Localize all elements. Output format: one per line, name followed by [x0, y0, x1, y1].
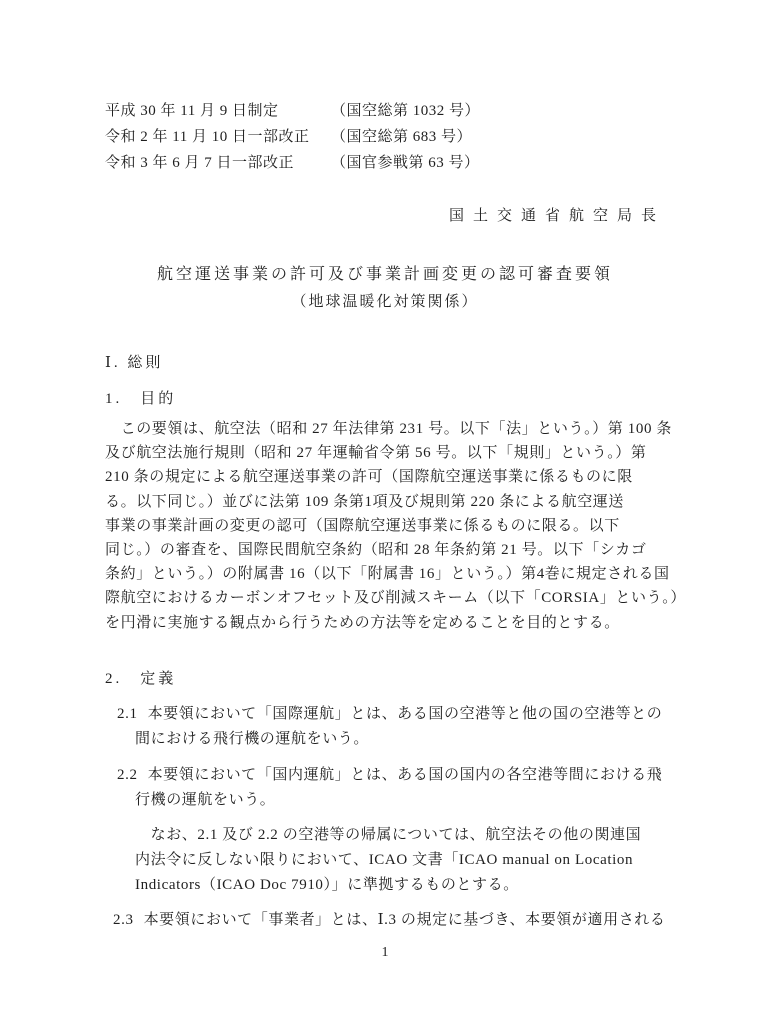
revision-header: 平成 30 年 11 月 9 日制定 （国空総第 1032 号） 令和 2 年 …: [105, 98, 665, 176]
revision-date: 令和 3 年 6 月 7 日一部改正: [105, 150, 331, 176]
definition-line: 間における飛行機の運航をいう。: [117, 727, 665, 752]
definition-text: 本要領において「事業者」とは、Ⅰ.3 の規定に基づき、本要領が適用される: [144, 912, 666, 928]
revision-date: 平成 30 年 11 月 9 日制定: [105, 98, 331, 124]
definition-line: 2.2本要領において「国内運航」とは、ある国の国内の各空港等間における飛: [117, 763, 665, 788]
issuing-authority: 国土交通省航空局長: [105, 204, 665, 228]
definition-note: なお、2.1 及び 2.2 の空港等の帰属については、航空法その他の関連国 内法…: [105, 823, 665, 898]
definition-number: 2.1: [117, 702, 138, 727]
document-page: 平成 30 年 11 月 9 日制定 （国空総第 1032 号） 令和 2 年 …: [0, 0, 770, 1024]
definition-item-2-1: 2.1本要領において「国際運航」とは、ある国の空港等と他の国の空港等との 間にお…: [105, 702, 665, 752]
purpose-paragraph: この要領は、航空法（昭和 27 年法律第 231 号。以下「法」という。）第 1…: [105, 417, 665, 635]
document-title: 航空運送事業の許可及び事業計画変更の認可審査要領: [105, 262, 665, 288]
note-line: 内法令に反しない限りにおいて、ICAO 文書「ICAO manual on Lo…: [135, 848, 665, 873]
document-title-block: 航空運送事業の許可及び事業計画変更の認可審査要領 （地球温暖化対策関係）: [105, 262, 665, 315]
document-subtitle: （地球温暖化対策関係）: [105, 290, 665, 315]
paragraph-line: 210 条の規定による航空運送事業の許可（国際航空運送事業に係るものに限: [105, 465, 665, 489]
paragraph-line: 同じ。）の審査を、国際民間航空条約（昭和 28 年条約第 21 号。以下「シカゴ: [105, 538, 665, 562]
definition-line: 2.1本要領において「国際運航」とは、ある国の空港等と他の国の空港等との: [117, 702, 665, 727]
revision-date: 令和 2 年 11 月 10 日一部改正: [105, 124, 331, 150]
paragraph-line: る。以下同じ。）並びに法第 109 条第1項及び規則第 220 条による航空運送: [105, 490, 665, 514]
revision-doc-number: （国空総第 683 号）: [331, 124, 472, 150]
revision-row: 令和 3 年 6 月 7 日一部改正 （国官参戦第 63 号）: [105, 150, 665, 176]
paragraph-line: 際航空におけるカーボンオフセット及び削減スキーム（以下「CORSIA」という。）: [105, 586, 665, 610]
definition-text: 本要領において「国際運航」とは、ある国の空港等と他の国の空港等との: [148, 706, 663, 722]
note-line: Indicators（ICAO Doc 7910）」に準拠するものとする。: [135, 873, 665, 898]
definition-line: 2.3本要領において「事業者」とは、Ⅰ.3 の規定に基づき、本要領が適用される: [113, 908, 665, 933]
paragraph-line: 事業の事業計画の変更の認可（国際航空運送事業に係るものに限る。以下: [105, 514, 665, 538]
revision-row: 平成 30 年 11 月 9 日制定 （国空総第 1032 号）: [105, 98, 665, 124]
paragraph-line: を円滑に実施する観点から行うための方法等を定めることを目的とする。: [105, 611, 665, 635]
section-heading-purpose: 1. 目的: [105, 387, 665, 411]
paragraph-line: 及び航空法施行規則（昭和 27 年運輸省令第 56 号。以下「規則」という。）第: [105, 441, 665, 465]
revision-doc-number: （国官参戦第 63 号）: [331, 150, 480, 176]
paragraph-line: 条約」という。）の附属書 16（以下「附属書 16」という。）第4巻に規定される…: [105, 562, 665, 586]
section-heading-general: Ⅰ. 総則: [105, 351, 665, 375]
page-number: 1: [0, 944, 770, 962]
note-line: なお、2.1 及び 2.2 の空港等の帰属については、航空法その他の関連国: [135, 823, 665, 848]
definition-number: 2.3: [113, 908, 134, 933]
definition-text: 本要領において「国内運航」とは、ある国の国内の各空港等間における飛: [148, 767, 663, 783]
paragraph-line: この要領は、航空法（昭和 27 年法律第 231 号。以下「法」という。）第 1…: [105, 417, 665, 441]
definition-line: 行機の運航をいう。: [117, 788, 665, 813]
revision-doc-number: （国空総第 1032 号）: [331, 98, 480, 124]
definition-item-2-2: 2.2本要領において「国内運航」とは、ある国の国内の各空港等間における飛 行機の…: [105, 763, 665, 813]
section-heading-definitions: 2. 定義: [105, 667, 665, 691]
definition-number: 2.2: [117, 763, 138, 788]
revision-row: 令和 2 年 11 月 10 日一部改正 （国空総第 683 号）: [105, 124, 665, 150]
definition-item-2-3: 2.3本要領において「事業者」とは、Ⅰ.3 の規定に基づき、本要領が適用される: [105, 908, 665, 933]
